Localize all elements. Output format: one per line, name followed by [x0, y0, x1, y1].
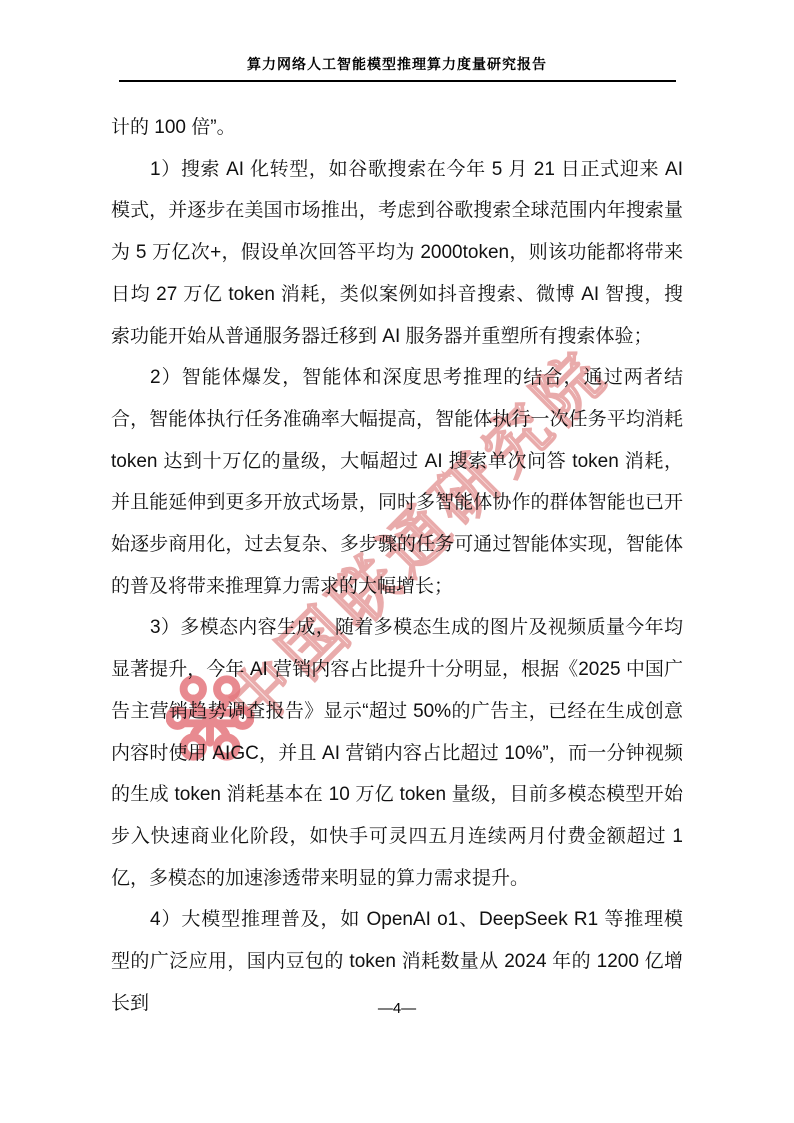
- header-divider: [119, 80, 676, 82]
- document-body: 计的 100 倍”。 1）搜索 AI 化转型，如谷歌搜索在今年 5 月 21 日…: [111, 107, 683, 1024]
- paragraph-agent-explosion: 2）智能体爆发，智能体和深度思考推理的结合，通过两者结合，智能体执行任务准确率大…: [111, 357, 683, 607]
- paragraph-continuation: 计的 100 倍”。: [111, 107, 683, 149]
- paragraph-search-ai-transformation: 1）搜索 AI 化转型，如谷歌搜索在今年 5 月 21 日正式迎来 AI 模式，…: [111, 149, 683, 358]
- report-title: 算力网络人工智能模型推理算力度量研究报告: [0, 54, 794, 74]
- paragraph-multimodal-generation: 3）多模态内容生成，随着多模态生成的图片及视频质量今年均显著提升，今年 AI 营…: [111, 607, 683, 899]
- page-number: —4—: [0, 1000, 794, 1017]
- document-page: 算力网络人工智能模型推理算力度量研究报告 中国联通研究院 计的 100 倍”。 …: [0, 0, 794, 1123]
